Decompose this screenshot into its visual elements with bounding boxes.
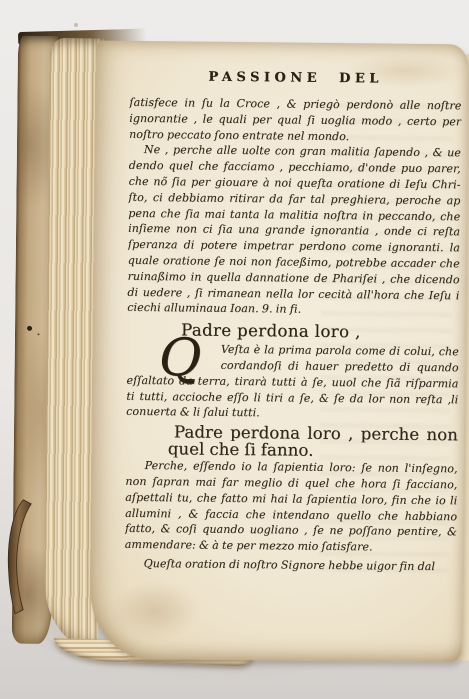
text-line: ammendare: & à te per mezzo mio ſatisfar… xyxy=(125,537,457,556)
running-header: PASSIONE DEL xyxy=(130,67,462,90)
paragraph: Perche, eſſendo io la ſapientia loro: ſe… xyxy=(125,458,458,556)
cover-speck xyxy=(27,326,32,331)
text-line: conuerta & li ſalui tutti. xyxy=(126,404,458,423)
book-page: PASSIONE DEL ſatisfece in ſu la Croce , … xyxy=(90,41,468,663)
heading-line: quel che ſi fanno. xyxy=(126,440,458,460)
page-stain xyxy=(110,581,201,642)
drop-cap: Q xyxy=(127,341,221,373)
text-line: Queſta oration di noſtro Signore hebbe u… xyxy=(125,556,457,575)
text-line: ciechi alluminaua Ioan. 9. in fi. xyxy=(127,300,459,319)
wall-speck xyxy=(74,23,78,27)
book: PASSIONE DEL ſatisfece in ſu la Croce , … xyxy=(2,28,469,673)
leather-tie-strap xyxy=(2,498,37,620)
page-text-block: PASSIONE DEL ſatisfece in ſu la Croce , … xyxy=(125,67,462,575)
photo-background: PASSIONE DEL ſatisfece in ſu la Croce , … xyxy=(0,0,469,699)
paragraph: Queſta oration di noſtro Signore hebbe u… xyxy=(125,556,457,575)
paragraph: Ne , perche alle uolte con gran malitia … xyxy=(127,142,461,319)
section-heading: Padre perdona loro , perche non ſanno qu… xyxy=(126,423,458,460)
dropcap-paragraph: Q Veſta è la prima parola come di colui,… xyxy=(126,341,459,423)
paragraph: ſatisfece in ſu la Croce , & priegò perd… xyxy=(129,95,461,146)
